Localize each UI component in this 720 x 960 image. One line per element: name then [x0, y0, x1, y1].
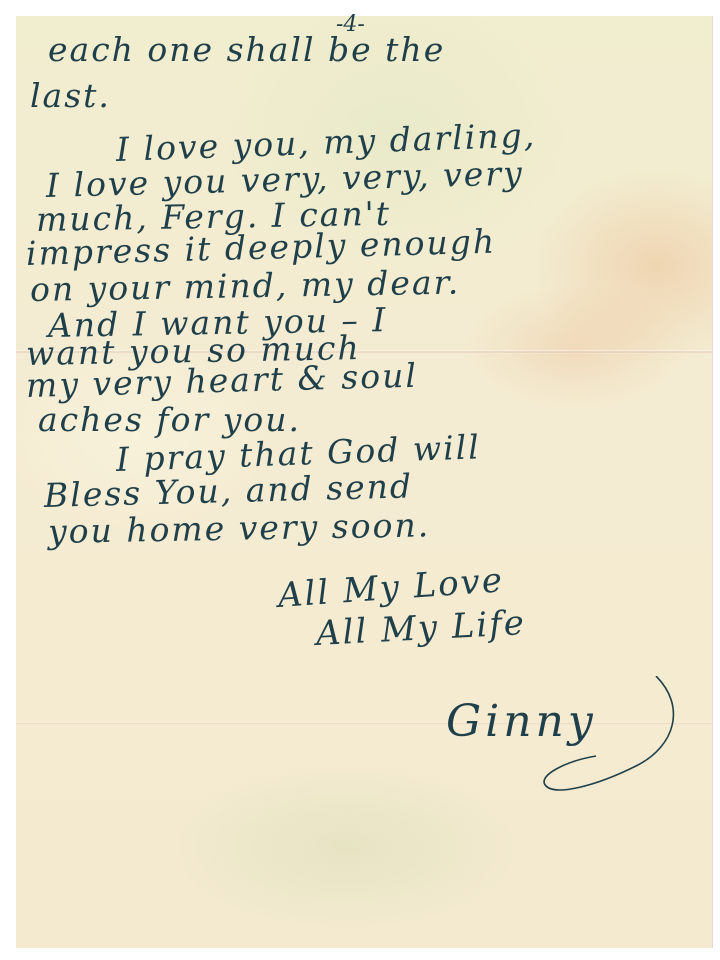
letter-line: you home very soon.: [48, 505, 431, 551]
letter-line: each one shall be the: [48, 30, 445, 69]
fold-crease: [16, 722, 712, 725]
letter-line: aches for you.: [38, 400, 301, 439]
letter-line: last.: [30, 76, 111, 115]
signature: Ginny: [446, 696, 597, 747]
letter-page: -4- each one shall be the last. I love y…: [16, 16, 712, 948]
